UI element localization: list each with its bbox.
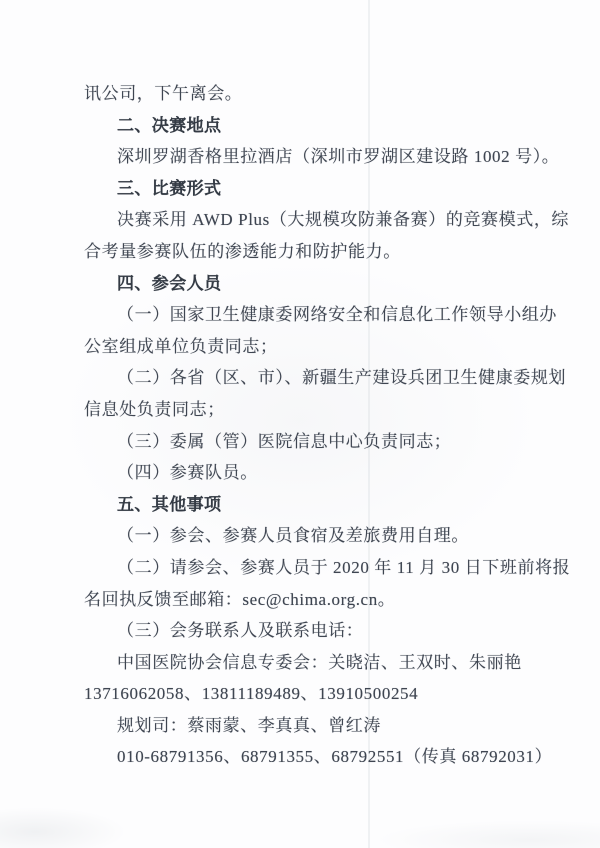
doc-line: 信息处负责同志；	[84, 394, 524, 426]
doc-line: （一）参会、参赛人员食宿及差旅费用自理。	[84, 520, 524, 552]
doc-line: （四）参赛队员。	[84, 457, 524, 489]
doc-line-email: 名回执反馈至邮箱：sec@chima.org.cn。	[84, 584, 524, 616]
doc-line-phone-numbers: 010-68791356、68791355、68792551（传真 687920…	[84, 741, 524, 773]
doc-line-contacts: 规划司：蔡雨蒙、李真真、曾红涛	[84, 710, 524, 742]
doc-line: （二）各省（区、市）、新疆生产建设兵团卫生健康委规划	[84, 362, 524, 394]
doc-line: 决赛采用 AWD Plus（大规模攻防兼备赛）的竞赛模式，综	[84, 204, 524, 236]
doc-line-phone-numbers: 13716062058、13811189489、13910500254	[84, 678, 524, 710]
doc-line: 深圳罗湖香格里拉酒店（深圳市罗湖区建设路 1002 号）。	[84, 141, 524, 173]
doc-line: （三）委属（管）医院信息中心负责同志；	[84, 426, 524, 458]
section-heading-format: 三、比赛形式	[84, 173, 524, 205]
doc-line: 合考量参赛队伍的渗透能力和防护能力。	[84, 236, 524, 268]
doc-line-contacts: 中国医院协会信息专委会：关晓洁、王双时、朱丽艳	[84, 647, 524, 679]
doc-line: （二）请参会、参赛人员于 2020 年 11 月 30 日下班前将报	[84, 552, 524, 584]
document-page: 讯公司，下午离会。 二、决赛地点 深圳罗湖香格里拉酒店（深圳市罗湖区建设路 10…	[0, 0, 600, 848]
section-heading-attendees: 四、参会人员	[84, 268, 524, 300]
section-heading-other-items: 五、其他事项	[84, 489, 524, 521]
section-heading-venue: 二、决赛地点	[84, 110, 524, 142]
document-content: 讯公司，下午离会。 二、决赛地点 深圳罗湖香格里拉酒店（深圳市罗湖区建设路 10…	[84, 78, 524, 773]
doc-line: 公室组成单位负责同志；	[84, 331, 524, 363]
doc-line: 讯公司，下午离会。	[84, 78, 524, 110]
doc-line: （三）会务联系人及联系电话：	[84, 615, 524, 647]
doc-line: （一）国家卫生健康委网络安全和信息化工作领导小组办	[84, 299, 524, 331]
